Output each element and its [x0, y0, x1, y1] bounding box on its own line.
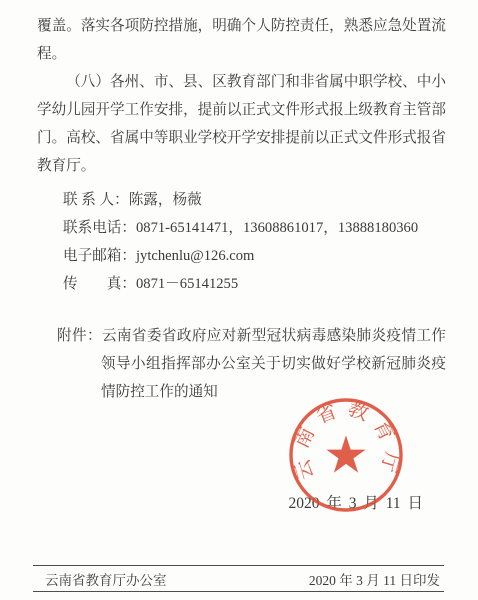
contact-block: 联 系 人：陈露，杨薇 联系电话：0871-65141471，136088610…: [63, 186, 446, 298]
footer-imprint-bar: 云南省教育厅办公室 2020 年 3 月 11 日印发: [33, 565, 444, 592]
document-page: 覆盖。落实各项防控措施，明确个人防控责任，熟悉应急处置流程。 （八）各州、市、县…: [0, 0, 478, 600]
attachment-note: 附件：云南省委省政府应对新型冠状病毒感染肺炎疫情工作领导小组指挥部办公室关于切实…: [57, 322, 446, 406]
seal-star-icon: [326, 435, 365, 472]
contact-person-row: 联 系 人：陈露，杨薇: [63, 186, 446, 214]
contact-phone-label: 联系电话：: [63, 220, 136, 236]
attachment-title: 云南省委省政府应对新型冠状病毒感染肺炎疫情工作领导小组指挥部办公室关于切实做好学…: [101, 328, 446, 400]
contact-fax-value: 0871－65141255: [136, 276, 238, 292]
svg-text:云南省教育厅: 云南省教育厅: [289, 397, 403, 483]
contact-fax-label: 传 真：: [63, 276, 136, 292]
contact-phone-value: 0871-65141471，13608861017，13888180360: [136, 220, 418, 236]
contact-email-label: 电子邮箱：: [63, 248, 136, 264]
contact-email-row: 电子邮箱：jytchenlu@126.com: [63, 242, 446, 270]
seal-text: 云南省教育厅: [289, 397, 403, 483]
contact-fax-row: 传 真：0871－65141255: [63, 270, 446, 298]
paragraph-item-eight: （八）各州、市、县、区教育部门和非省属中职学校、中小学幼儿园开学工作安排，提前以…: [37, 68, 446, 180]
footer-print-date: 2020 年 3 月 11 日印发: [309, 569, 440, 589]
document-date: 2020 年 3 月 11 日: [37, 490, 446, 518]
attachment-label: 附件：: [57, 328, 102, 344]
contact-person-value: 陈露，杨薇: [129, 192, 202, 208]
paragraph-continuation: 覆盖。落实各项防控措施，明确个人防控责任，熟悉应急处置流程。: [37, 12, 446, 68]
contact-email-value: jytchenlu@126.com: [136, 248, 254, 264]
contact-person-label: 联 系 人：: [63, 192, 129, 208]
contact-phone-row: 联系电话：0871-65141471，13608861017，138881803…: [63, 214, 446, 242]
footer-issuing-office: 云南省教育厅办公室: [45, 569, 167, 589]
